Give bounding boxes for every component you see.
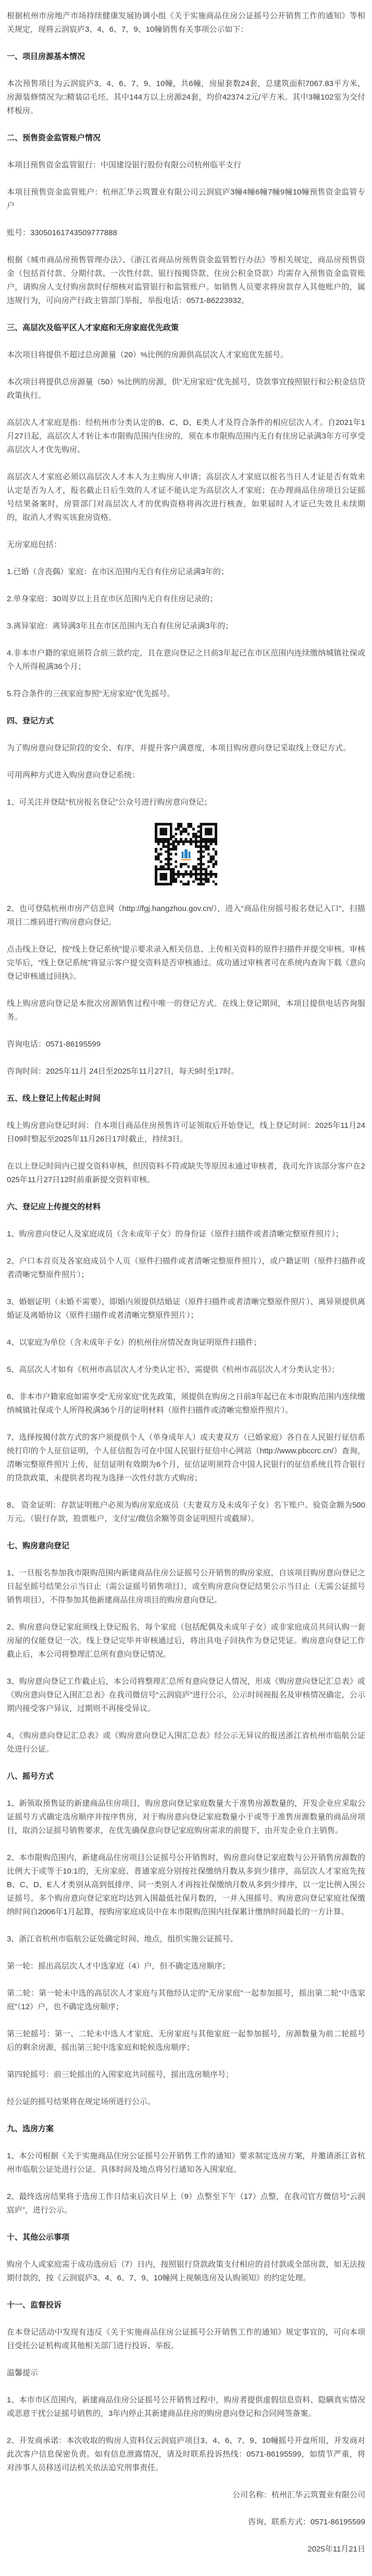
paragraph: 1、一旦报名参加我市限购范围内新建商品住房公证摇号公开销售的购房家庭，自该项目购… xyxy=(7,1566,365,1607)
paragraph: 第一轮：摇出高层次人才中选家庭（4）户，但不确定选房顺序； xyxy=(7,1960,365,1973)
paragraph: 2、最终选房结果将于选房工作日结束后次日早上（9）点整至下午（17）点整，在我司… xyxy=(7,2190,365,2217)
paragraph: 2、购房意向登记家庭须线上登记报名，每个家庭（包括配偶及未成年子女）或非家庭成员… xyxy=(7,1621,365,1661)
paragraph: 3、浙江省杭州市临航公证处确定时间、地点，组织实施公证摇号。 xyxy=(7,1933,365,1946)
paragraph: 1.已婚（含丧偶）家庭：在市区范围内无自有住房记录满3年的； xyxy=(7,565,365,579)
paragraph: 本次项目将提供总房源量（50）%比例的房源，供“无房家庭”优先摇号，贷款事宜按照… xyxy=(7,375,365,403)
announcement-document: 根据杭州市房地产市场持续健康发展协调小组《关于实施商品住房公证摇号公开销售工作的… xyxy=(0,0,372,2576)
paragraph: 4、《购房意向登记汇总表》或《购房意向登记入围汇总表》经公示无异议的报送浙江省杭… xyxy=(7,1729,365,1756)
paragraph: 3、购房意向登记工作截止后，本公司将整理汇总所有意向登记人情况，形成《购房意向登… xyxy=(7,1675,365,1716)
section-heading: 十一、监督投诉 xyxy=(7,2299,365,2312)
paragraph: 2、本市限购范围内，新建商品住房项目公证摇号公开销售时，购房意向登记家庭数与公开… xyxy=(7,1851,365,1919)
paragraph: 2、开发商承诺：本次收取的购房人资料仅云润宸庐项目3、4、6、7、9、10幢摇号… xyxy=(7,2434,365,2475)
paragraph: 5、高层次人才如有《杭州市高层次人才分类认定书》，需提供《杭州市高层次人才分类认… xyxy=(7,1363,365,1377)
qr-code xyxy=(7,823,365,885)
paragraph: 3.离异家庭：离异满3年且在市区范围内无自有住房记录满3年的； xyxy=(7,619,365,633)
section-heading: 二、预售资金监管账户情况 xyxy=(7,131,365,145)
footer-line: 公司名称：杭州汇华云筑置业有限公司 xyxy=(7,2488,365,2502)
paragraph: 根据《城市商品房预售管理办法》、《浙江省商品房预售资金监管暂行办法》等相关规定，… xyxy=(7,253,365,308)
paragraph: 2、也可登陆杭州市房产信息网（http://fgj.hangzhou.gov.c… xyxy=(7,902,365,929)
paragraph: 可用两种方式进入购房意向登记系统： xyxy=(7,769,365,782)
section-heading: 三、高层次及临平区人才家庭和无房家庭优先政策 xyxy=(7,321,365,335)
paragraph: 在本登记活动中发现有违反《关于实施商品住房公证摇号公开销售工作的通知》规定事宜的… xyxy=(7,2326,365,2353)
paragraph: 高层次人才家庭是指：经杭州市分类认定的B、C、D、E类人才及符合条件的相应层次人… xyxy=(7,416,365,457)
footer-line: 2025年11月21日 xyxy=(7,2543,365,2556)
qr-image xyxy=(155,823,217,885)
paragraph: 1、可关注并登陆“杭房报名登记”公众号进行购房意向登记； xyxy=(7,796,365,809)
paragraph: 7、选择按揭付款方式的客户须提供个人（单身成年人）或夫妻双方（已婚家庭）各自在人… xyxy=(7,1431,365,1485)
section-heading: 四、登记方式 xyxy=(7,714,365,728)
section-heading: 六、登记应上传提交的材料 xyxy=(7,1200,365,1214)
paragraph: 第三轮摇号：第一、二轮未中选人才家庭、无房家庭与其他家庭一起参加摇号，房源数量为… xyxy=(7,2027,365,2055)
paragraph: 本次项目将提供不超过总房源量（20）%比例的房源供高层次人才家庭优先摇号。 xyxy=(7,348,365,362)
document-body: 根据杭州市房地产市场持续健康发展协调小组《关于实施商品住房公证摇号公开销售工作的… xyxy=(7,9,365,2556)
paragraph: 在以上登记时间内已提交资料审核，但因资料不符或缺失等原因未通过审核者，我司允许该… xyxy=(7,1160,365,1187)
paragraph: 1、本公司根据《关于实施商品住房公证摇号公开销售工作的通知》要求制定选房方案，并… xyxy=(7,2149,365,2177)
section-heading: 九、选房方案 xyxy=(7,2122,365,2136)
paragraph: 1、新领取预售证的新建商品住房项目，购房意向登记家庭数量大于准售房源数量的，开发… xyxy=(7,1797,365,1838)
paragraph: 第二轮：第一轮未中选的高层次人才家庭与其他经认定的“无房家庭”一起参加摇号，摇出… xyxy=(7,1987,365,2014)
paragraph: 1、本市市区范围内，新建商品住房公证摇号公开销售过程中，购房者提供虚假信息资料、… xyxy=(7,2393,365,2421)
section-heading: 十、其他公示事项 xyxy=(7,2231,365,2244)
paragraph: 3、婚姻证明（未婚不需要），即婚内须提供结婚证（原件扫描件或者清晰完整原件照片）… xyxy=(7,1295,365,1322)
paragraph: 无房家庭包括： xyxy=(7,538,365,552)
paragraph: 1、购房意向登记人及家庭成员（含未成年子女）的身份证（原件扫描件或者清晰完整原件… xyxy=(7,1228,365,1241)
paragraph: 线上购房意向登记时间：自本项目商品住房预售许可证领取后开始登记，线上登记时间：2… xyxy=(7,1119,365,1146)
paragraph: 线上购房意向登记是本批次房源销售过程中唯一的登记方式。在线上登记期间，本项目提供… xyxy=(7,997,365,1024)
paragraph: 为了购房意向登记阶段的安全、有序，并提升客户满意度，本项目购房意向登记采取线上登… xyxy=(7,742,365,755)
paragraph: 根据杭州市房地产市场持续健康发展协调小组《关于实施商品住房公证摇号公开销售工作的… xyxy=(7,9,365,37)
footer-line: 咨询、联系方式：0571-86195599 xyxy=(7,2516,365,2529)
paragraph: 购房个人或家庭需于成功选房后（7）日内，按照银行贷款政策支付相应的首付款或全部房… xyxy=(7,2258,365,2285)
paragraph: 账号：33050161743509777888 xyxy=(7,226,365,240)
paragraph: 2、户口本首页及各家庭成员个人页（原件扫描件或者清晰完整原件照片），或户籍证明（… xyxy=(7,1255,365,1282)
paragraph: 咨询时间：2025年11月 24日至2025年11月27日，每天9时至17时。 xyxy=(7,1065,365,1078)
paragraph: 点击线上登记，按“线上登记系统”提示要求录入相关信息、上传相关资料的原件扫描件并… xyxy=(7,943,365,983)
paragraph: 2.单身家庭：30周岁以上且在市区范围内无自有住房记录的； xyxy=(7,592,365,606)
paragraph: 温馨提示 xyxy=(7,2366,365,2380)
paragraph: 本项目预售资金监管银行：中国建设银行股份有限公司杭州临平支行 xyxy=(7,159,365,172)
paragraph: 本项目预售资金监管账户：杭州汇华云筑置业有限公司云润宸庐3幢4幢6幢7幢9幢10… xyxy=(7,186,365,213)
paragraph: 经公证的摇号结果将在规定场所进行公示。 xyxy=(7,2095,365,2109)
paragraph: 4、以家庭为单位（含未成年子女）的杭州住房情况查询证明原件扫描件； xyxy=(7,1336,365,1350)
paragraph: 4.非本市户籍的家庭须符合前三款约定，且在意向登记之日前3年起已在市区范围内连续… xyxy=(7,647,365,674)
paragraph: 8、 资金证明：存款证明账户必须为购房家庭成员（夫妻双方及未成年子女）名下账户。… xyxy=(7,1499,365,1526)
paragraph: 5.符合条件的三孩家庭参照“无房家庭”优先摇号。 xyxy=(7,687,365,701)
paragraph: 本次预售项目为云润宸庐3、4、6、7、9、10幢，共6幢，房屋套数24套，总建筑… xyxy=(7,77,365,118)
paragraph: 咨询电话：0571-86195599 xyxy=(7,1038,365,1051)
paragraph: 6、非本市户籍家庭如需享受“无房家庭”优先政策，须提供在购房之日前3年起已在本市… xyxy=(7,1390,365,1417)
section-heading: 七、购房意向登记 xyxy=(7,1539,365,1553)
section-heading: 五、线上登记上传起止时间 xyxy=(7,1092,365,1105)
paragraph: 高层次人才家庭必须以高层次人才本人为主购房人申请；高层次人才家庭以报名当日人才证… xyxy=(7,470,365,525)
section-heading: 一、项目房源基本情况 xyxy=(7,50,365,64)
paragraph: 第四轮摇号：前三轮摇出的入围家庭共同摇号，摇出选房顺序号； xyxy=(7,2068,365,2082)
section-heading: 八、摇号方式 xyxy=(7,1770,365,1783)
